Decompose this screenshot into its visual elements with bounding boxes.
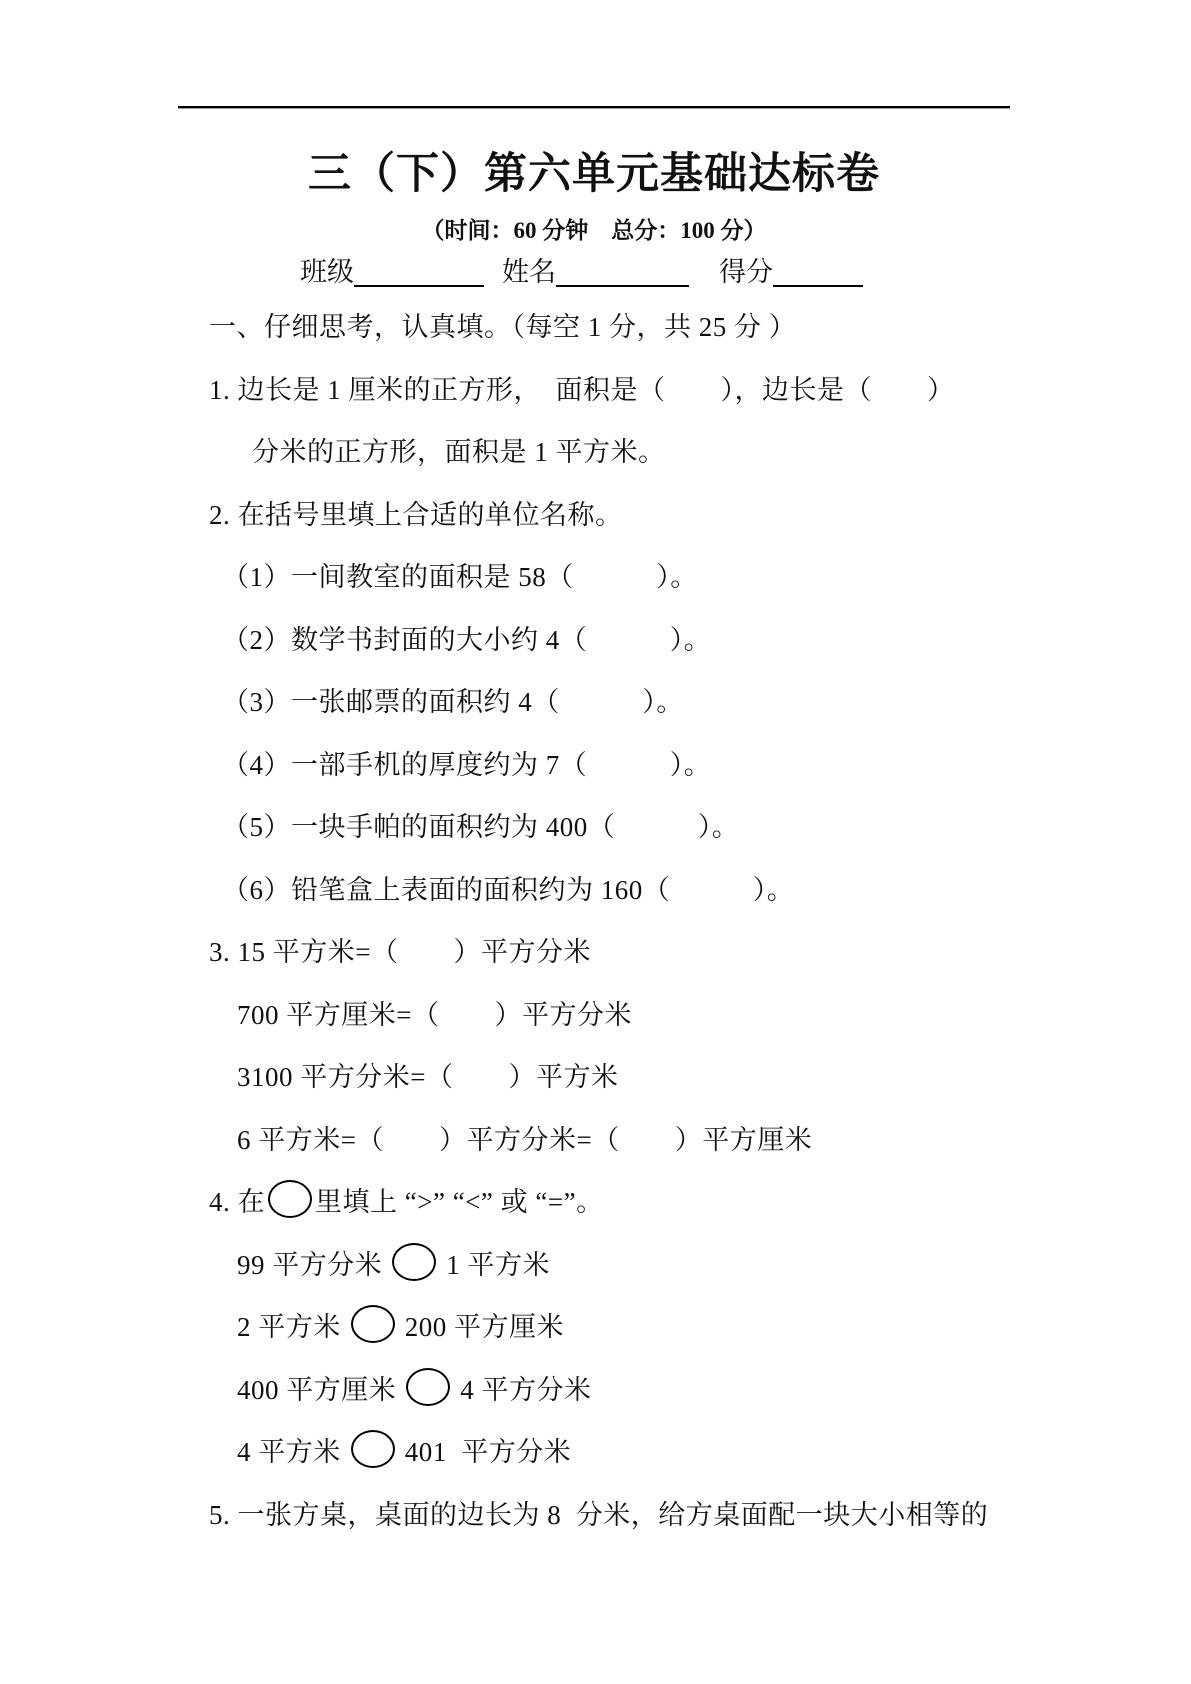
question-2-item-2: （2）数学书封面的大小约 4（ ）。 xyxy=(222,609,1069,672)
comparison-left-value: 4 平方米 xyxy=(237,1437,341,1467)
page-title: 三（下）第六单元基础达标卷 xyxy=(178,140,1010,201)
question-4-item-2: 2 平方米200 平方厘米 xyxy=(237,1296,1069,1359)
comparison-circle-icon xyxy=(351,1305,395,1343)
comparison-left-value: 400 平方厘米 xyxy=(237,1375,396,1405)
question-4-item-3: 400 平方厘米4 平方分米 xyxy=(237,1359,1069,1422)
comparison-circle-icon xyxy=(392,1243,436,1281)
comparison-right-value: 401 平方分米 xyxy=(405,1437,572,1467)
section-one: 一、仔细思考，认真填。（每空 1 分，共 25 分 ） 1. 边长是 1 厘米的… xyxy=(209,296,1069,1546)
test-paper-page: 三（下）第六单元基础达标卷 （时间：60 分钟 总分：100 分） 班级姓名得分… xyxy=(0,0,1191,1684)
name-label: 姓名 xyxy=(502,257,556,287)
score-label: 得分 xyxy=(719,257,773,287)
question-2-item-3: （3）一张邮票的面积约 4（ ）。 xyxy=(222,671,1069,734)
comparison-circle-icon xyxy=(351,1430,395,1468)
question-4-intro-text-left: 4. 在 xyxy=(209,1187,265,1217)
page-subtitle: （时间：60 分钟 总分：100 分） xyxy=(178,212,1010,245)
question-4-item-1: 99 平方分米1 平方米 xyxy=(237,1234,1069,1297)
question-2-item-5: （5）一块手帕的面积约为 400（ ）。 xyxy=(222,796,1069,859)
question-2-item-6: （6）铅笔盒上表面的面积约为 160（ ）。 xyxy=(222,859,1069,922)
question-1-line-2: 分米的正方形，面积是 1 平方米。 xyxy=(252,421,1069,484)
comparison-circle-icon xyxy=(406,1368,450,1406)
comparison-right-value: 200 平方厘米 xyxy=(405,1312,564,1342)
question-4-intro: 4. 在里填上 “>” “<” 或 “=”。 xyxy=(209,1171,1069,1234)
question-2-intro: 2. 在括号里填上合适的单位名称。 xyxy=(209,484,1069,547)
question-2-item-1: （1）一间教室的面积是 58（ ）。 xyxy=(222,546,1069,609)
question-1-line-1: 1. 边长是 1 厘米的正方形， 面积是（ ），边长是（ ） xyxy=(209,359,1069,422)
section-one-heading: 一、仔细思考，认真填。（每空 1 分，共 25 分 ） xyxy=(209,296,1069,359)
question-5-line-1: 5. 一张方桌，桌面的边长为 8 分米，给方桌面配一块大小相等的 xyxy=(209,1484,1069,1547)
question-3-line-4: 6 平方米=（ ）平方分米=（ ）平方厘米 xyxy=(237,1109,1069,1172)
score-blank xyxy=(773,275,863,287)
comparison-circle-icon xyxy=(268,1180,312,1218)
name-blank xyxy=(556,275,689,287)
question-4-item-4: 4 平方米401 平方分米 xyxy=(237,1421,1069,1484)
question-3-line-3: 3100 平方分米=（ ）平方米 xyxy=(237,1046,1069,1109)
comparison-right-value: 4 平方分米 xyxy=(460,1375,591,1405)
comparison-left-value: 99 平方分米 xyxy=(237,1250,382,1280)
student-info-row: 班级姓名得分 xyxy=(300,250,863,289)
class-blank xyxy=(354,275,484,287)
comparison-right-value: 1 平方米 xyxy=(446,1250,550,1280)
comparison-left-value: 2 平方米 xyxy=(237,1312,341,1342)
question-3-line-2: 700 平方厘米=（ ）平方分米 xyxy=(237,984,1069,1047)
question-2-item-4: （4）一部手机的厚度约为 7（ ）。 xyxy=(222,734,1069,797)
header-rule xyxy=(178,106,1010,109)
question-4-intro-text-right: 里填上 “>” “<” 或 “=”。 xyxy=(315,1187,604,1217)
class-label: 班级 xyxy=(300,257,354,287)
question-3-line-1: 3. 15 平方米=（ ）平方分米 xyxy=(209,921,1069,984)
